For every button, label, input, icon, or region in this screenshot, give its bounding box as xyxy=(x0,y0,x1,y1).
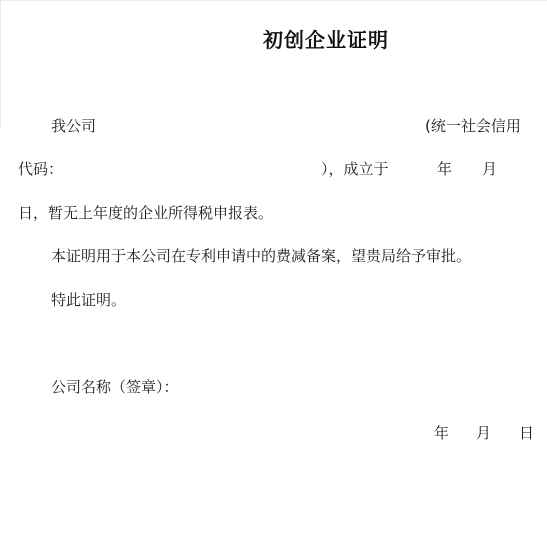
company-prefix-text: 我公司 xyxy=(51,117,96,135)
document-title: 初创企业证明 xyxy=(0,24,547,53)
credit-code-label-start: (统一社会信用 xyxy=(425,117,521,135)
signature-label: 公司名称（签章）： xyxy=(51,378,179,396)
established-year-label: 年 xyxy=(437,160,452,178)
date-day-label: 日 xyxy=(519,424,534,442)
established-month-label: 月 xyxy=(482,160,497,178)
date-month-label: 月 xyxy=(476,424,491,442)
established-text: ），成立于 xyxy=(321,160,389,178)
date-year-label: 年 xyxy=(434,424,449,442)
page-frame xyxy=(0,0,547,127)
purpose-text: 本证明用于本公司在专利申请中的费减备案，望贵局给予审批。 xyxy=(51,247,471,265)
credit-code-label-end: 代码： xyxy=(18,160,63,178)
hereby-certify-text: 特此证明。 xyxy=(51,291,126,309)
no-tax-return-text: 日，暂无上年度的企业所得税申报表。 xyxy=(18,204,273,222)
